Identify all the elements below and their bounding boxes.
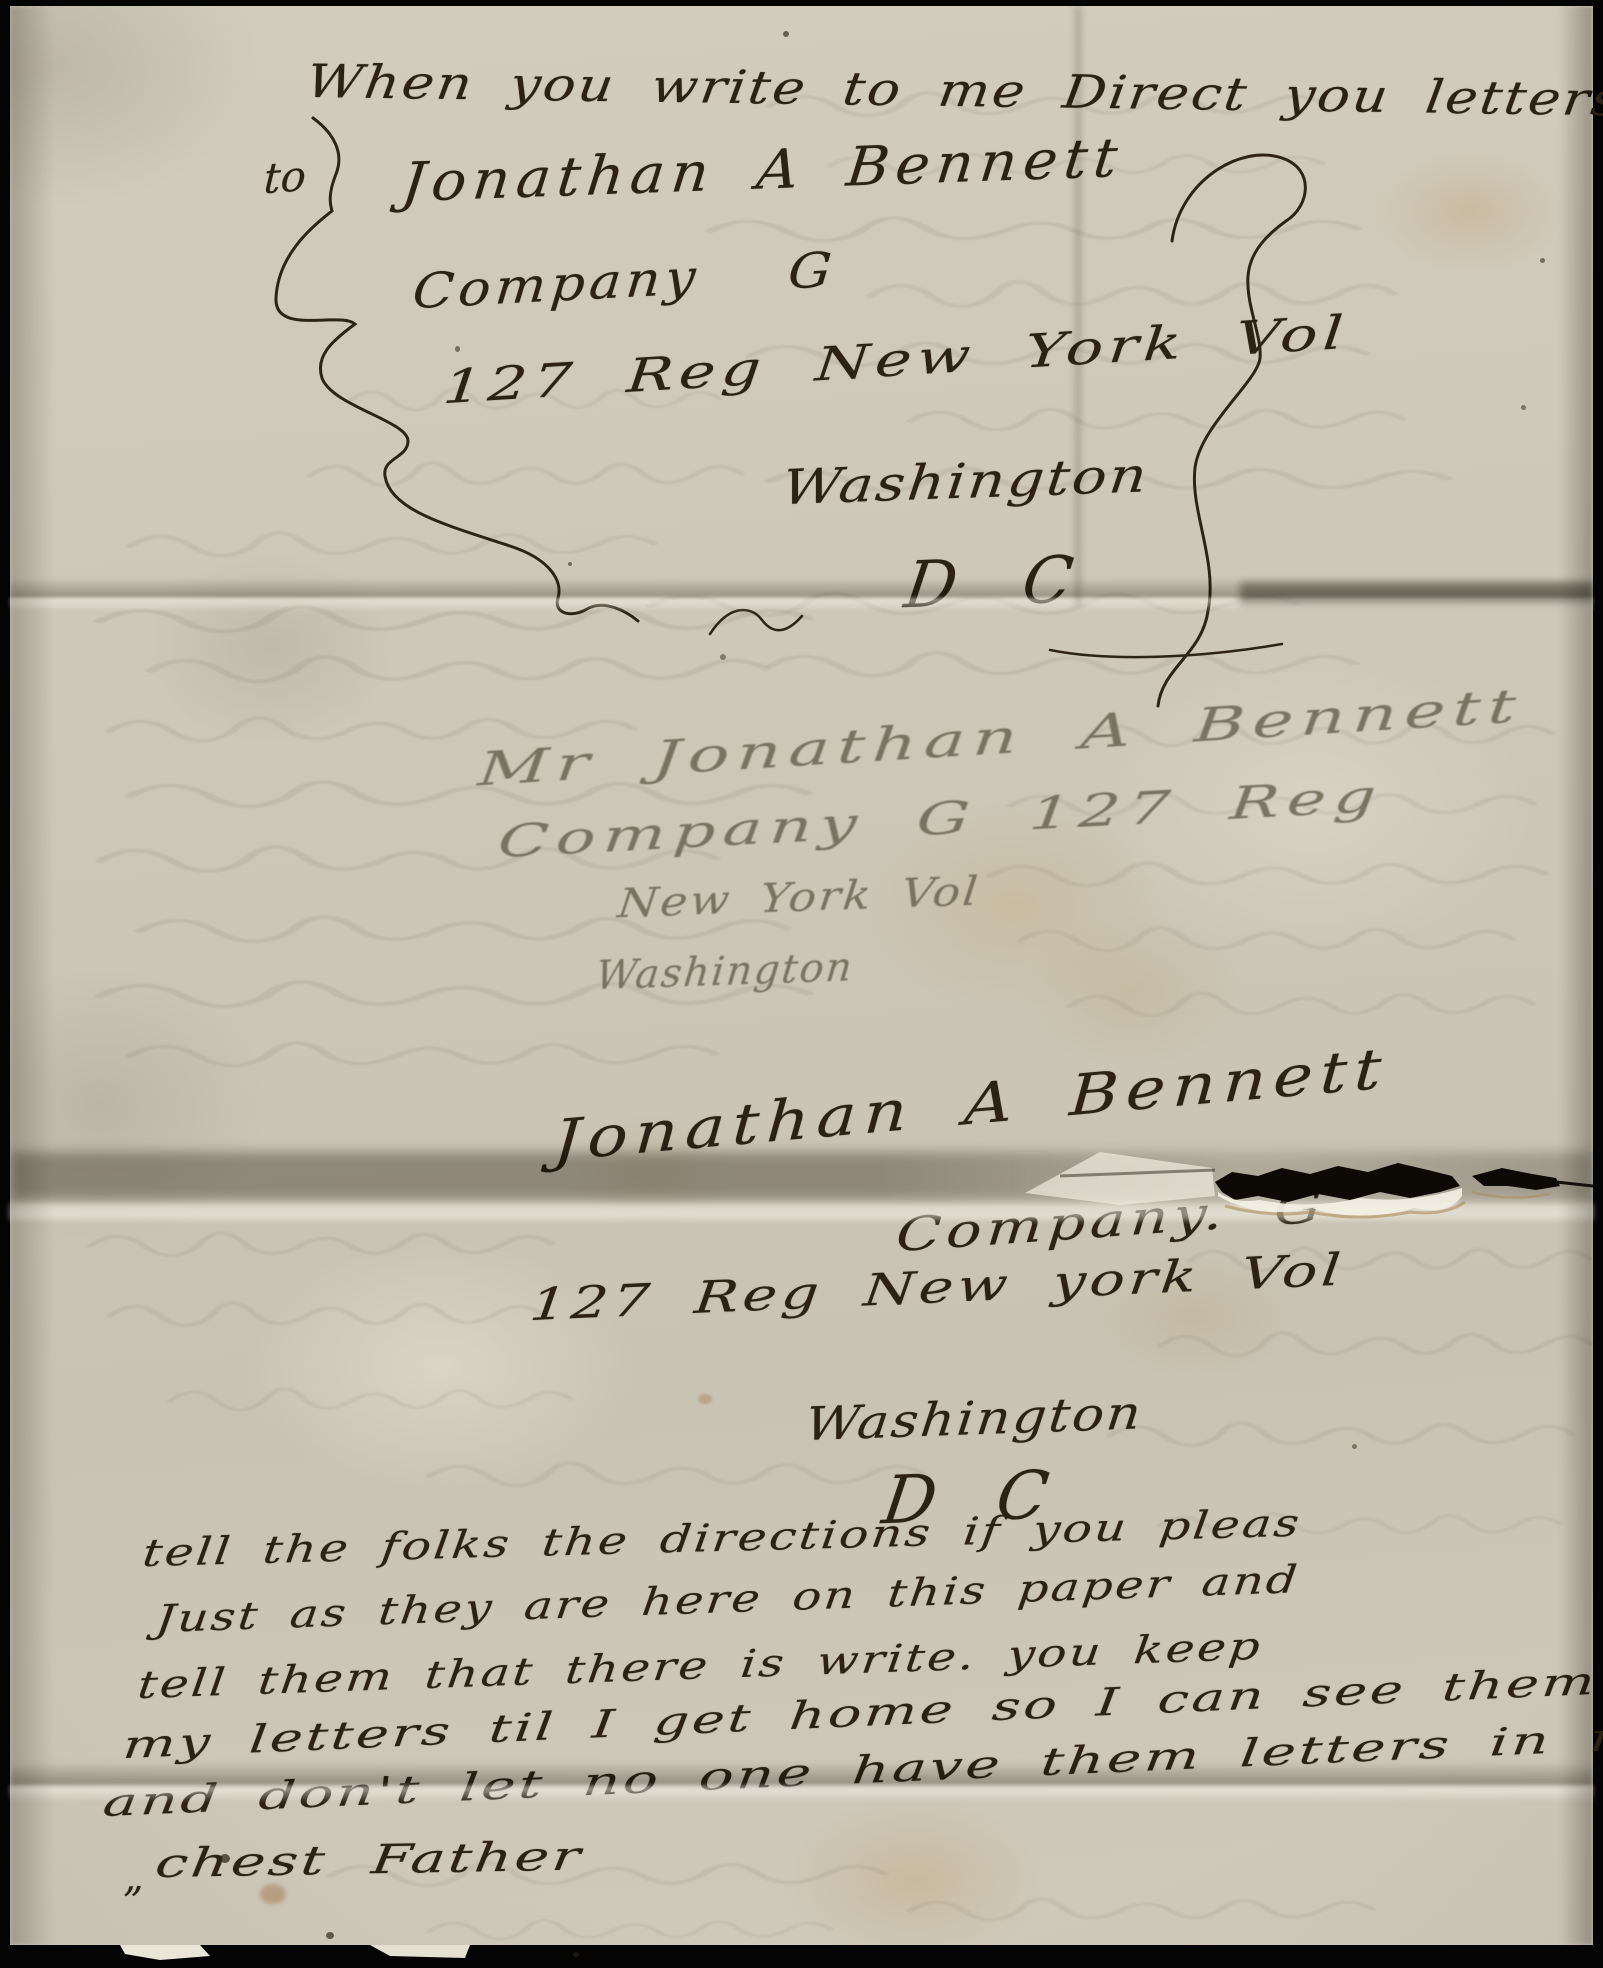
closing-line-1: tell the folks the directions if you ple… — [141, 1504, 1304, 1572]
ink-spot — [568, 562, 572, 566]
fold-crease-shadow — [10, 578, 1593, 598]
dc-underline — [1050, 644, 1282, 657]
tear-line-to-edge — [1556, 1182, 1593, 1186]
ink-spot — [783, 31, 789, 37]
paper-edge-fragment — [370, 1945, 470, 1958]
fold-crease-dark-right — [1240, 582, 1593, 604]
letter-scan: When you write to me Direct you letters … — [0, 0, 1603, 1968]
fold-crease-highlight — [10, 598, 1593, 612]
ink-spot — [455, 346, 460, 352]
address1-name: Jonathan A Bennett — [399, 131, 1126, 210]
address3-company: Company. G — [895, 1182, 1328, 1258]
ink-spot — [326, 1932, 334, 1939]
to-label: to — [263, 155, 307, 200]
address1-district: D C — [901, 548, 1077, 618]
address3-regiment: 127 Reg New york Vol — [528, 1248, 1347, 1328]
address2-line3: New York Vol — [616, 871, 982, 924]
paper-sheet: When you write to me Direct you letters … — [10, 6, 1593, 1945]
fold-crease-middle-highlight — [10, 1204, 1593, 1220]
address2-line2: Company G 127 Reg — [496, 775, 1385, 866]
tear-fold-line — [1060, 1170, 1215, 1176]
ink-spot — [1540, 258, 1545, 263]
tear-crinkle-2 — [1472, 1192, 1550, 1198]
fold-crease-middle — [10, 1152, 1593, 1200]
right-brace — [1158, 155, 1305, 706]
closing-line-6: chest Father — [153, 1837, 585, 1885]
ink-spot — [720, 654, 726, 660]
address2-line4: Washington — [594, 947, 856, 996]
foxing-spot — [260, 1884, 286, 1904]
ink-spot — [573, 1952, 579, 1957]
dc-flourish — [710, 610, 802, 634]
direction-line: When you write to me Direct you letters — [304, 58, 1603, 122]
ink-spot — [1352, 1444, 1357, 1449]
address3-city: Washington — [803, 1389, 1145, 1447]
foxing-spot — [698, 1394, 712, 1404]
address1-city: Washington — [780, 451, 1151, 512]
closing-line-2: Just as they are here on this paper and — [154, 1560, 1301, 1638]
ink-spot — [1521, 405, 1526, 410]
address1-regiment: 127 Reg New York Vol — [441, 309, 1350, 411]
address1-company: Company G — [411, 246, 838, 316]
closing-quote-mark: „ — [122, 1857, 144, 1898]
paper-edge-fragment — [120, 1945, 210, 1960]
right-edge-shadow — [1559, 6, 1593, 1945]
tear-hole-2 — [1472, 1168, 1560, 1190]
left-edge-shadow — [10, 6, 54, 1945]
address3-name: Jonathan A Bennett — [552, 1041, 1390, 1171]
